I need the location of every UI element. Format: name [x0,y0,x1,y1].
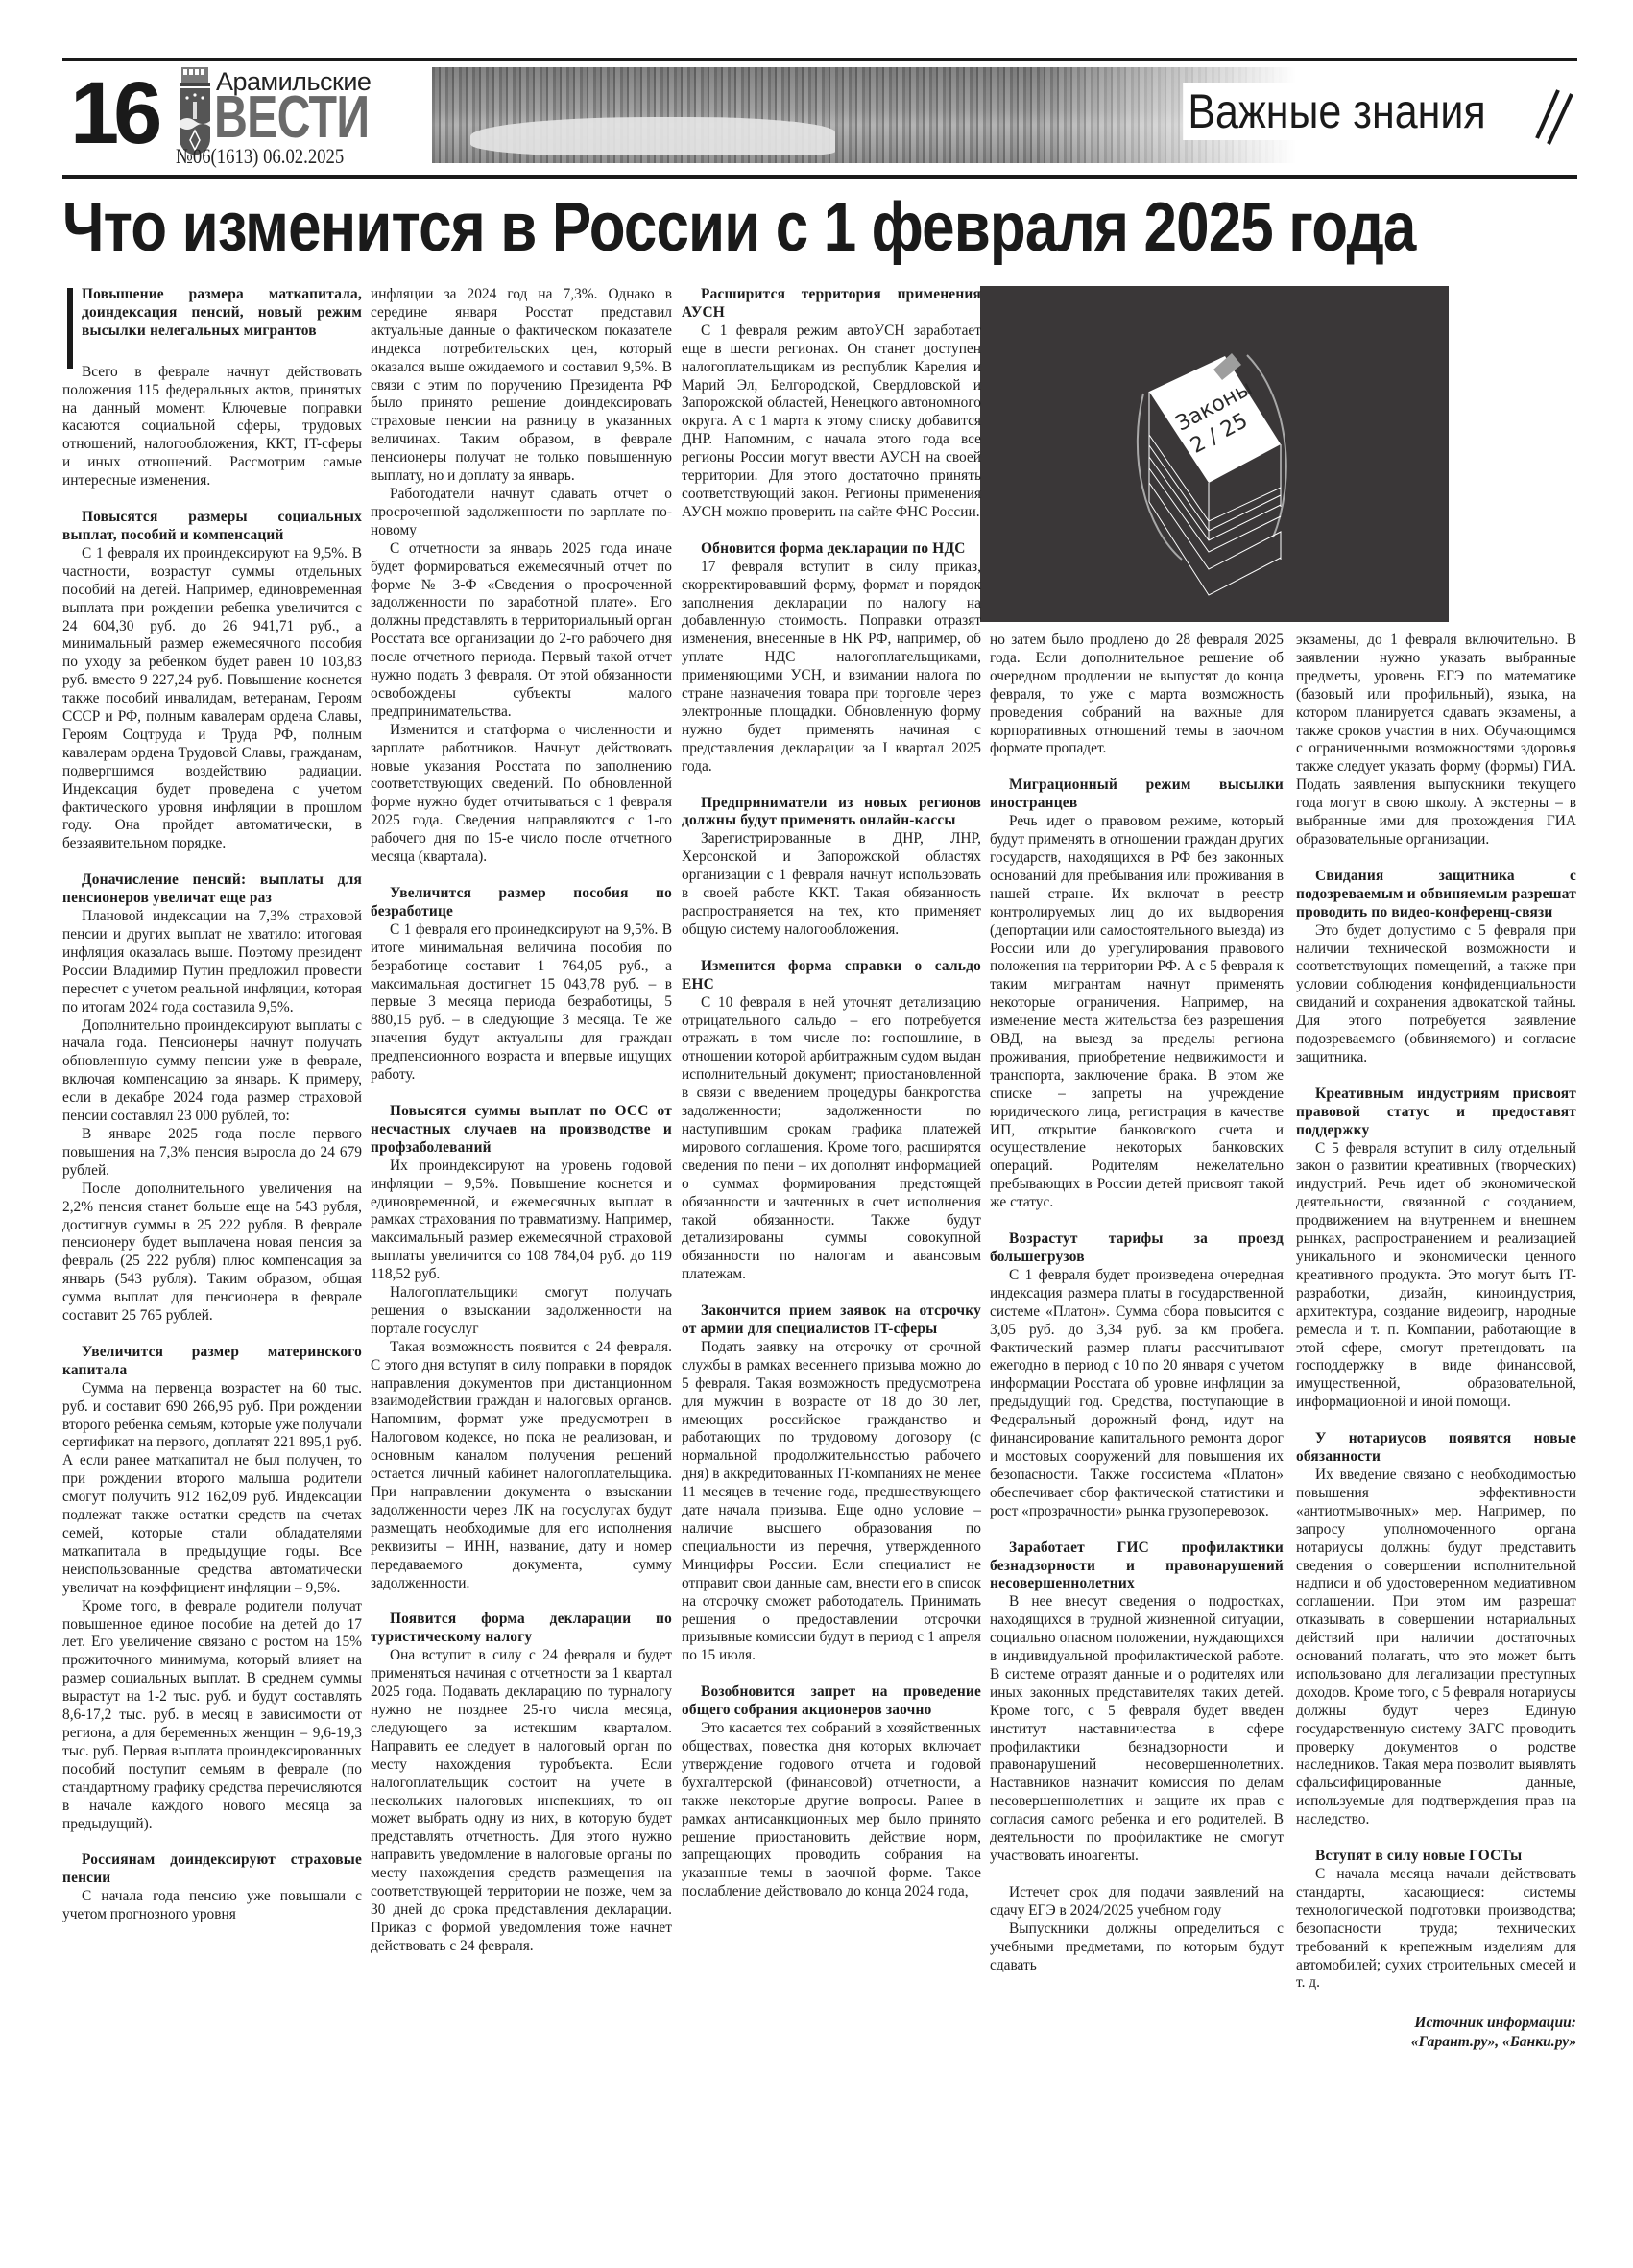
paragraph: С 1 февраля его проинедксируют на 9,5%. … [371,921,672,1085]
paragraph: Речь идет о правовом режиме, который буд… [990,813,1284,1212]
paragraph: После дополнительного увеличения на 2,2%… [62,1181,362,1325]
paragraph: С начала года пенсию уже повышали с учет… [62,1888,362,1924]
section-title: Важные знания [1183,83,1491,140]
paragraph: В январе 2025 года после первого повышен… [62,1126,362,1181]
paragraph: Сумма на первенца возрастет на 60 тыс. р… [62,1380,362,1598]
section-heading: Закончится прием заявок на отсрочку от а… [682,1302,981,1339]
issue-number-date: №06(1613) 06.02.2025 [176,144,344,169]
paragraph: С отчетности за январь 2025 года иначе б… [371,540,672,722]
top-rule [62,58,1577,61]
section-heading: Увеличится размер материнского капитала [62,1344,362,1380]
paragraph: Их проиндексируют на уровень годовой инф… [371,1158,672,1284]
section-heading: Вступят в силу новые ГОСТы [1296,1848,1576,1866]
paragraph: С 1 февраля режим автоУСН заработает еще… [682,322,981,522]
lead-block: Повышение размера маткапитала, доиндекса… [62,286,362,341]
section-heading: Свидания защитника с подозреваемым и обв… [1296,868,1576,922]
laws-illustration: Законы 2 / 25 [980,286,1449,622]
column-2: инфляции за 2024 год на 7,3%. Однако в с… [371,286,672,1956]
paragraph: 17 февраля вступит в силу приказ, скорре… [682,559,981,776]
paragraph: С начала месяца начали действовать станд… [1296,1866,1576,1993]
section-heading: Возрастут тарифы за проезд большегрузов [990,1230,1284,1267]
source-names: «Гарант.ру», «Банки.ру» [1296,2033,1576,2052]
paragraph: В нее внесут сведения о подростках, нахо… [990,1593,1284,1866]
paragraph: Это касается тех собраний в хозяйственны… [682,1720,981,1901]
document-stack-icon: Законы 2 / 25 [980,286,1449,622]
column-3: Расширится территория применения АУСН С … [682,286,981,1901]
paragraph: Кроме того, в феврале родители получат п… [62,1598,362,1834]
brand-name-main: ВЕСТИ [214,88,369,148]
section-heading: Появится форма декларации по туристическ… [371,1611,672,1647]
section-heading: Расширится территория применения АУСН [682,286,981,322]
section-heading: У нотариусов появятся новые обязанности [1296,1430,1576,1467]
source-label: Источник информации: [1296,2014,1576,2033]
paragraph-continued: экзамены, до 1 февраля включительно. В з… [1296,632,1576,849]
section-heading: Увеличится размер пособия по безработице [371,885,672,921]
section-heading: Повысятся суммы выплат по ОСС от несчаст… [371,1103,672,1158]
column-5: экзамены, до 1 февраля включительно. В з… [1296,632,1576,2052]
section-heading: Доначисление пенсий: выплаты для пенсион… [62,871,362,908]
column-4: но затем было продлено до 28 февраля 202… [990,632,1284,1974]
section-heading: Россиянам доиндексируют страховые пенсии [62,1851,362,1888]
section-heading: Повысятся размеры социальных выплат, пос… [62,509,362,545]
paragraph: Такая возможность появится с 24 февраля.… [371,1339,672,1593]
paragraph: Это будет допустимо с 5 февраля при нали… [1296,922,1576,1067]
paragraph: Работодатели начнут сдавать отчет о прос… [371,486,672,540]
source-attribution: Источник информации: «Гарант.ру», «Банки… [1296,2014,1576,2052]
section-heading: Заработает ГИС профилактики безнадзорнос… [990,1540,1284,1594]
masthead: 16 Арамильские ВЕСТИ №06(1613) 06.02.202… [62,63,1577,171]
banner-lake-shape [470,117,835,155]
paragraph: Она вступит в силу с 24 февраля и будет … [371,1647,672,1955]
page-number: 16 [70,65,156,161]
paragraph: С 10 февраля в ней уточнят детализацию о… [682,994,981,1285]
paragraph: Выпускники должны определиться с учебным… [990,1921,1284,1975]
section-heading: Предприниматели из новых регионов должны… [682,795,981,831]
paragraph: Налогоплательщики смогут получать решени… [371,1284,672,1339]
section-heading: Возобновится запрет на проведение общего… [682,1683,981,1720]
paragraph: С 1 февраля будет произведена очередная … [990,1267,1284,1521]
paragraph-continued: но затем было продлено до 28 февраля 202… [990,632,1284,758]
paragraph: Плановой индексации на 7,3% страховой пе… [62,908,362,1016]
paragraph: Изменится и статформа о численности и за… [371,722,672,867]
paragraph: Зарегистрированные в ДНР, ЛНР, Херсонско… [682,830,981,939]
paragraph: С 1 февраля их проиндексируют на 9,5%. В… [62,545,362,853]
paragraph: Подать заявку на отсрочку от срочной слу… [682,1339,981,1665]
paragraph: С 5 февраля вступит в силу отдельный зак… [1296,1140,1576,1413]
column-1: Повышение размера маткапитала, доиндекса… [62,286,362,1924]
page-headline: Что изменится в России с 1 февраля 2025 … [62,188,1365,267]
paragraph: Их введение связано с необходимостью пов… [1296,1467,1576,1829]
section-heading: Обновится форма декларации по НДС [682,540,981,559]
section-heading: Миграционный режим высылки иностранцев [990,776,1284,813]
paragraph: Дополнительно проиндексируют выплаты с н… [62,1017,362,1126]
lead-heading: Повышение размера маткапитала, доиндекса… [82,286,362,341]
double-slash-icon [1533,86,1575,148]
masthead-bottom-rule [62,175,1577,179]
paragraph: Истечет срок для подачи заявлений на сда… [990,1884,1284,1921]
paragraph-continued: инфляции за 2024 год на 7,3%. Однако в с… [371,286,672,486]
intro-paragraph: Всего в феврале начнут действовать полож… [62,364,362,490]
section-heading: Изменится форма справки о сальдо ЕНС [682,958,981,994]
landscape-banner-image [432,67,1296,163]
section-heading: Креативным индустриям присвоят правовой … [1296,1086,1576,1140]
